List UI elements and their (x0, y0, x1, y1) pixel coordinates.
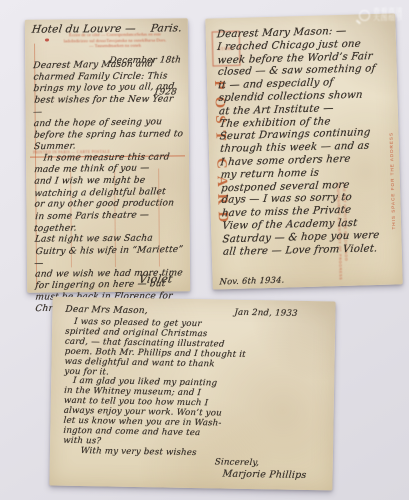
letter-phillips-1933: Dear Mrs Mason, Jan 2nd, 1933 I was so p… (49, 297, 335, 491)
watermark-text: 查看高清 大图细节 (373, 8, 403, 22)
ink-fleck (45, 39, 49, 42)
hotel-name: Hotel du Louvre — (31, 23, 136, 36)
watermark: 查看高清 大图细节 (359, 8, 403, 22)
postcard-paris-1928: Écrire de ce côté — CorrespondanceSeñas … (25, 18, 190, 292)
card3-closing: Sincerely, (214, 457, 259, 468)
address-space-label: THIS SPACE FOR THE ADDRESS (387, 80, 396, 230)
card3-greeting: Dear Mrs Mason, (65, 305, 148, 316)
handwritten-line: Guitry & his wife in “Mariette” — (34, 244, 188, 270)
printed-instruction-line: Indirizzo sul dosso (71, 38, 106, 43)
city-name: Paris. (150, 22, 183, 34)
handwritten-line: best wishes for the New Year — (32, 94, 186, 119)
card3-message: I was so pleased to get yourspirited and… (63, 318, 325, 461)
watermark-line: 大图细节 (373, 15, 403, 22)
card2-date: Nov. 6th 1934. (219, 275, 285, 287)
magnifier-icon (359, 10, 370, 21)
card2-message: Dearest Mary Mason: —I reached Chicago j… (217, 25, 389, 260)
card3-signature: Marjorie Phillips (222, 469, 307, 481)
card1-signature: Violet (138, 272, 174, 285)
card3-date: Jan 2nd, 1933 (234, 308, 298, 319)
postcard-chicago-1934: STAMP POST CARD THIS SPACE FOR THE ADDRE… (205, 13, 402, 289)
photo-background: 查看高清 大图细节 Écrire de ce côté — Correspond… (0, 0, 409, 500)
handwritten-line: in some Paris theatre — together. (33, 210, 187, 236)
